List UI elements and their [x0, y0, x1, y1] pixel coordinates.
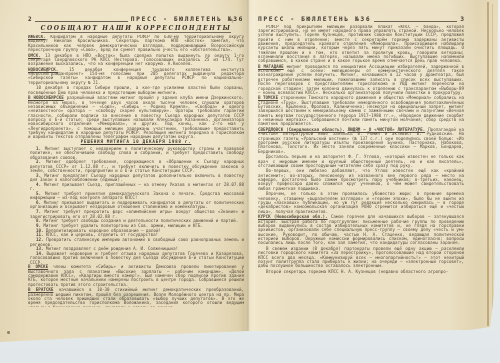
- right-page: ПРЕСС - БЮЛЛЕТЕНЬ №36 3 РСФСР под прикры…: [258, 14, 464, 305]
- paragraph-text: сторонники Томского народного движения и…: [258, 95, 464, 126]
- paper-spread: + 2 ПРЕСС - БЮЛЛЕТЕНЬ №36 СООБЩАЮТ НАШИ …: [0, 0, 498, 344]
- paragraph-text: РСФСР под прикрытием милиции разорвали п…: [258, 25, 464, 64]
- right-page-header: ПРЕСС - БЮЛЛЕТЕНЬ №36 3: [258, 14, 464, 23]
- item-text: Митинг требует прекратить фарс «олимпийс…: [30, 209, 244, 218]
- paragraph-text: 13 декабря в НПО «Восток» была сделана п…: [28, 53, 244, 67]
- paragraph: КУРСК (Новосибирская обл.). Самое горяче…: [258, 215, 464, 245]
- resolution-item: 14. Выражает недоверие и требует отзыва …: [30, 252, 244, 265]
- paragraph: В МАГАДАНЕ митинг проводился по инициати…: [258, 65, 464, 95]
- paragraph-text: Самое горячее для начавшихся выборов — з…: [258, 214, 464, 245]
- paragraph: ИЖЕВСК. Кандидатом в народные депутаты Р…: [28, 35, 244, 52]
- paragraph: РСФСР под прикрытием милиции разорвали п…: [258, 25, 464, 64]
- bulletin-title-right: ПРЕСС - БЮЛЛЕТЕНЬ №36: [258, 16, 371, 23]
- paragraph-text: 15 декабря конференция трудового коллект…: [28, 67, 244, 85]
- item-text: Митинг призывает выдвигать и поддерживат…: [30, 200, 244, 209]
- page-edge-line: [487, 2, 489, 326]
- paragraph: В НОВОСИБИРСКЕ разрешённый властями мити…: [28, 96, 244, 139]
- bulletin-title-left: ПРЕСС - БЮЛЛЕТЕНЬ №36: [131, 16, 244, 23]
- paragraph-text: 10 декабря в городах Сибири прошли, а ко…: [28, 85, 244, 94]
- item-text: Митинг призывает Съезд, приглашённых — н…: [30, 182, 244, 191]
- item-text: Превратить сталинскую империю автономий …: [30, 237, 244, 246]
- paragraph: Впрочем, не только в этом проявилось убо…: [258, 192, 464, 214]
- item-text: Митинг выступает с недоверием к политиче…: [30, 146, 244, 160]
- paragraph-text: Кандидатом в народные депутаты РСФСР по …: [28, 35, 244, 52]
- paragraph: В БРАТСКЕ начавшийся в 10-30 стихийный м…: [28, 288, 244, 307]
- paragraph: 10 декабря в городах Сибири прошли, а ко…: [28, 86, 244, 95]
- paragraph-text: члены комитета «Сибирь» и активисты Демс…: [28, 264, 244, 286]
- resolution-item: 2. Митинг одобряет требования, содержащи…: [30, 160, 244, 173]
- paragraph-text: Впрочем, не только в этом проявилось убо…: [258, 191, 464, 213]
- left-page: 2 ПРЕСС - БЮЛЛЕТЕНЬ №36 СООБЩАЮТ НАШИ КО…: [28, 14, 244, 307]
- paragraph: В ТОМСКЕ сторонники Томского народного д…: [258, 96, 464, 126]
- paragraph-text: начавшийся в 10-30 стихийный митинг демо…: [28, 287, 244, 307]
- left-page-text-column: ИЖЕВСК. Кандидатом в народные депутаты Р…: [28, 35, 244, 307]
- paragraph-text: Второй секретарь горкома КПСС Н. А. Кузн…: [266, 269, 448, 274]
- item-text: Митинг одобряет требования, содержащиеся…: [30, 159, 244, 173]
- paragraph: СВЕРДЛОВСК (Свердловская область). ЛЮДЯМ…: [258, 128, 464, 154]
- paragraph: Досталось перьев и на авторитет Ф. Г. Уг…: [258, 155, 464, 168]
- paragraph-text: Во-первых, они любезно добавляют, что Уг…: [258, 168, 464, 190]
- scanned-bulletin-photo: + 2 ПРЕСС - БЮЛЛЕТЕНЬ №36 СООБЩАЮТ НАШИ …: [0, 0, 500, 363]
- paragraph-text: В свежем издании (8 декабря) партократы …: [258, 246, 464, 268]
- item-number: 4.: [36, 182, 41, 187]
- resolutions-heading: РЕШЕНИЯ МИТИНГА 10 ДЕКАБРЯ 1988 г.: [81, 141, 192, 145]
- paragraph: В свежем издании (8 декабря) партократы …: [258, 247, 464, 269]
- paragraph-text: Пропагандой на «чистой» литературной нив…: [258, 127, 464, 154]
- paragraph-text: разрешённый властями митинг прошёл у зда…: [28, 95, 244, 139]
- item-text: Выражает недоверие и требует отзыва наро…: [30, 251, 244, 265]
- left-page-header: 2 ПРЕСС - БЮЛЛЕТЕНЬ №36: [28, 14, 244, 23]
- paragraph: ОМСК. 13 декабря в НПО «Восток» была сде…: [28, 54, 244, 67]
- header-rule: [374, 20, 457, 22]
- item-text: Митинг предлагает Съезду народных депута…: [30, 173, 244, 182]
- right-page-number: 3: [460, 16, 464, 23]
- paragraph: Во-первых, они любезно добавляют, что Уг…: [258, 169, 464, 191]
- header-rule: [35, 20, 128, 22]
- paragraph-text: митинг проводился по инициативе Ассоциац…: [258, 64, 464, 95]
- section-heading: СООБЩАЮТ НАШИ КОРРЕСПОНДЕНТЫ: [41, 25, 232, 33]
- paragraph: Второй секретарь горкома КПСС Н. А. Кузн…: [258, 270, 464, 274]
- item-text: Митинг требует принятия демократического…: [30, 191, 244, 200]
- right-page-text-column: РСФСР под прикрытием милиции разорвали п…: [258, 25, 464, 305]
- paragraph-text: Досталось перьев и на авторитет Ф. Г. Уг…: [258, 154, 464, 168]
- paragraph: НОВОСИБИРСК. 15 декабря конференция труд…: [28, 68, 244, 85]
- left-page-number: 2: [28, 16, 32, 23]
- ink-speck: [7, 331, 10, 334]
- paragraph: В ОМСКЕ члены комитета «Сибирь» и активи…: [28, 265, 244, 287]
- page-edge-line-faint: [492, 4, 493, 322]
- resolution-item: 1. Митинг выступает с недоверием к полит…: [30, 147, 244, 160]
